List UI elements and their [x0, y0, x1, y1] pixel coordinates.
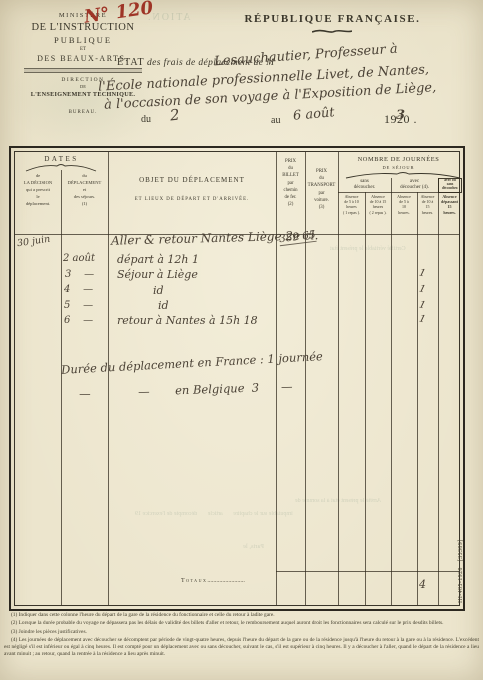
scanned-expense-form: ATION. Certifié véritable le présent éta…	[0, 0, 483, 680]
dot-leaders: .........................	[207, 578, 245, 584]
year-period: .	[410, 112, 417, 126]
header-days-group: NOMBRE DE JOURNÉES	[338, 156, 459, 163]
printer-imprint: III-485-1928 [35389]	[458, 539, 464, 603]
title-flourish	[312, 28, 352, 35]
date-range-line: du 2 au 6 août 19230 .	[0, 108, 483, 134]
totals-row: Totaux.........................	[181, 578, 245, 584]
entry-row-date: 5 —	[64, 300, 93, 311]
header-absence-cell: Absence dépassant 15 heures.	[438, 194, 461, 215]
column-divider	[108, 152, 109, 605]
header-travel-date: du DÉPLACEMENT et des séjours. (1)	[61, 172, 108, 208]
entry-row-date: 2 août	[63, 253, 95, 264]
tally-mark: 1	[418, 283, 427, 295]
header-decision-date: de LA DÉCISION qui a prescrit le déplace…	[15, 172, 61, 208]
header-absence-cell: Absence de 10 à 15 heures.	[417, 194, 438, 215]
year-overwritten-digit: 23	[397, 112, 404, 126]
total-value: 4	[419, 578, 426, 591]
header-carriage-price: PRIX du TRANSPORT par voiture. (3)	[305, 168, 338, 211]
ministry-line: PUBLIQUE	[16, 35, 150, 45]
entry-row-text: id	[153, 284, 164, 297]
entry-duration-france: Durée du déplacement en France : 1 journ…	[61, 349, 323, 377]
header-sans-decoucher: sans découcher.	[338, 179, 391, 191]
entry-row-date: 3 —	[65, 269, 94, 280]
year-value: 19230 .	[384, 112, 417, 127]
expense-table: DATES de LA DÉCISION qui a prescrit le d…	[9, 146, 465, 611]
header-absence-cell: Absence de 5 à 10 heures ( 1 repas ).	[338, 194, 365, 215]
column-divider	[61, 170, 62, 605]
header-avec-ou-sans-decoucher: avec ou sans découcher.	[438, 178, 462, 193]
column-divider	[365, 192, 366, 605]
tally-mark: 1	[418, 299, 427, 311]
header-dates-group: DATES	[15, 155, 108, 163]
header-absence-cell: Absence de 10 à 15 heures ( 2 repas ).	[365, 194, 391, 215]
footnote-3: (3) Joindre les pièces justificatives.	[4, 629, 479, 636]
column-divider	[276, 152, 277, 605]
end-date-value: 6 août	[292, 105, 335, 124]
footnotes: (1) Indiquer dans cette colonne l'heure …	[4, 612, 479, 659]
header-days-group-sub: DE SÉJOUR	[338, 165, 459, 170]
year-hand-digit: 3	[396, 108, 406, 123]
footnote-1: (1) Indiquer dans cette colonne l'heure …	[4, 612, 479, 619]
ministry-line: DE L'INSTRUCTION	[16, 22, 150, 33]
form-title-word: ÉTAT	[117, 57, 145, 68]
column-divider	[338, 152, 339, 605]
entry-duration-belgique: — — en Belgique 3 —	[79, 379, 293, 400]
header-absence-cell: Absence de 5 à 10 heures.	[391, 194, 417, 215]
ministry-line: ET	[16, 47, 150, 52]
column-divider	[305, 152, 306, 605]
header-objet-sub: ET LIEUX DE DÉPART ET D'ARRIVÉE.	[108, 197, 276, 202]
entry-row-text: Séjour à Liège	[117, 268, 198, 281]
totals-rule	[276, 571, 459, 572]
tally-mark: 1	[418, 267, 427, 279]
tally-mark: 1	[418, 313, 427, 325]
entry-row-date: 4 —	[64, 284, 93, 295]
totals-label: Totaux	[181, 578, 207, 584]
brace-ornament	[25, 163, 97, 172]
entry-row-text: retour à Nantes à 15h 18	[117, 314, 258, 327]
footnote-4: (4) Les journées de déplacement avec déc…	[4, 637, 479, 658]
entry-row-date: 6 —	[64, 315, 93, 326]
footnote-2: (2) Lorsque la durée probable du voyage …	[4, 620, 479, 627]
entry-row-text: départ à 12h 1	[117, 253, 199, 266]
entry-row-text: id	[158, 299, 169, 312]
entry-decision-date: 30 juin	[16, 234, 51, 250]
letterhead-divider	[24, 68, 142, 73]
table-inner-frame: DATES de LA DÉCISION qui a prescrit le d…	[14, 151, 460, 606]
column-divider	[391, 178, 392, 605]
start-day-value: 2	[169, 106, 180, 125]
column-divider	[438, 178, 439, 605]
republic-title: RÉPUBLIQUE FRANÇAISE.	[225, 13, 440, 25]
header-avec-decoucher: avec découcher (4).	[391, 179, 438, 191]
header-ticket-price: PRIX du BILLET par chemin de fer. (2)	[276, 158, 305, 208]
au-label: au	[271, 115, 280, 126]
header-objet: OBJET DU DÉPLACEMENT	[108, 176, 276, 184]
column-divider	[417, 192, 418, 605]
du-label: du	[141, 114, 151, 125]
